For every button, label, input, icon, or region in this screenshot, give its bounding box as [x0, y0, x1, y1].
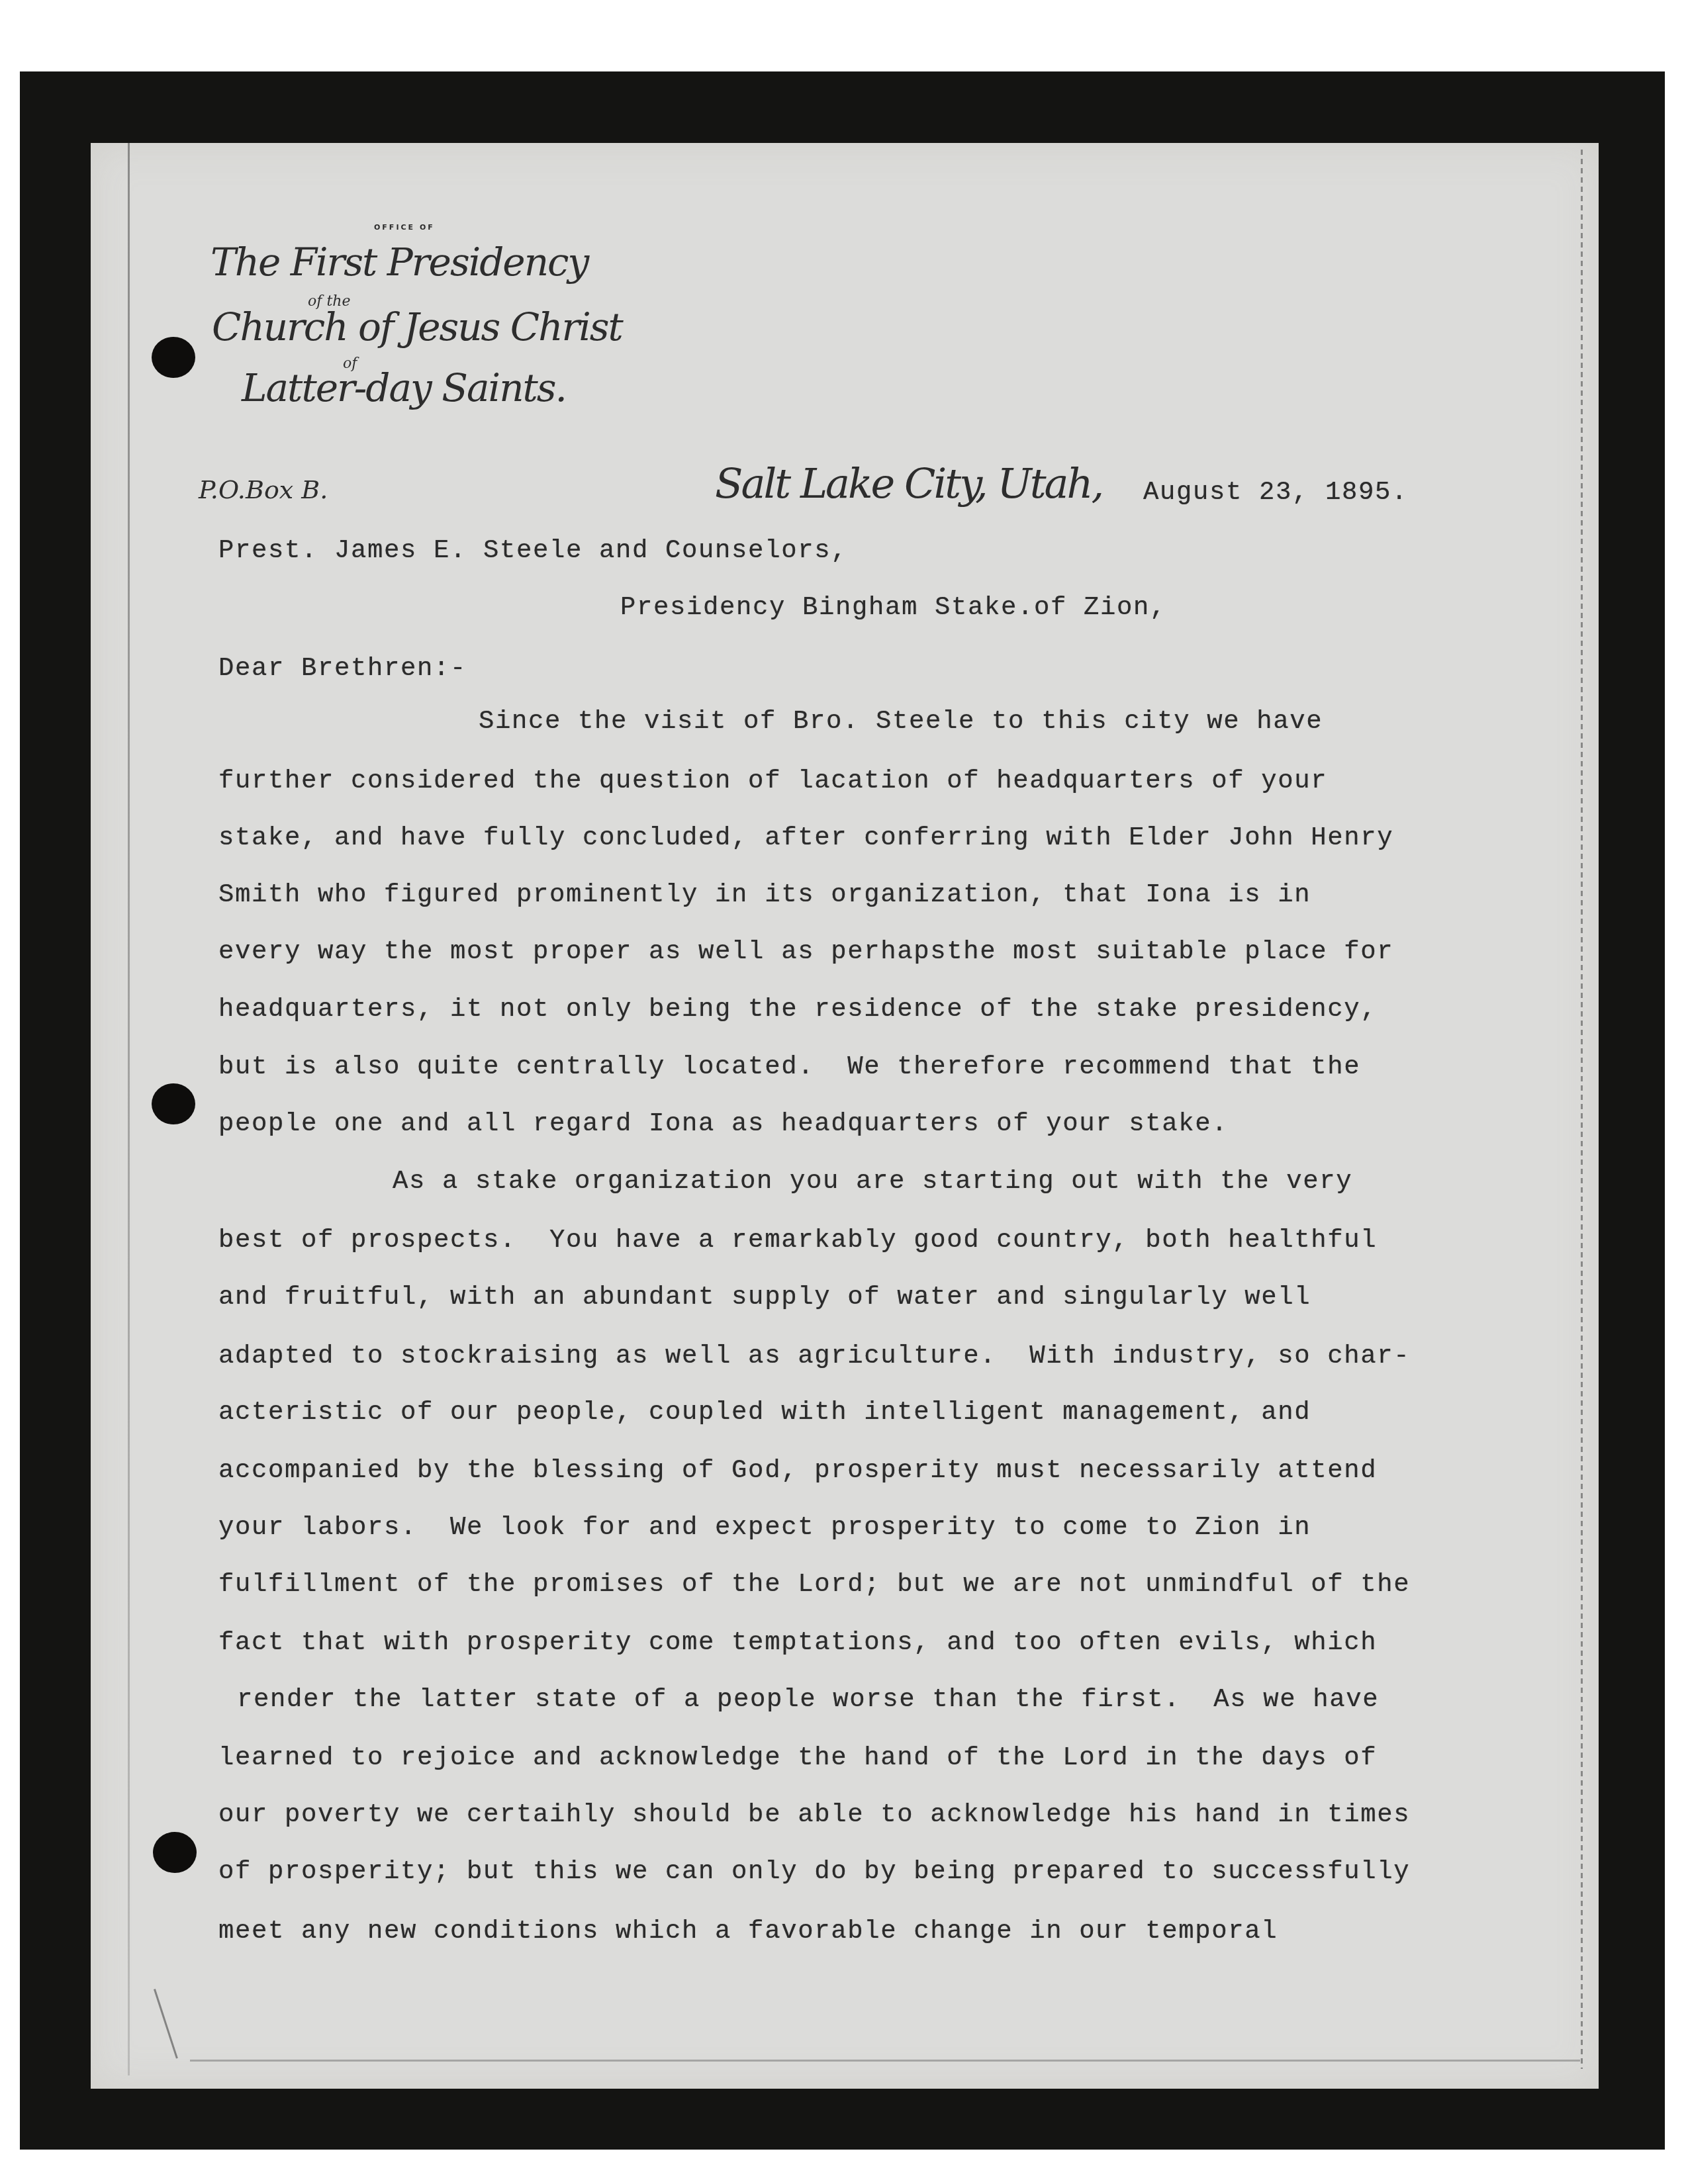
body-line: learned to rejoice and acknowledge the h…: [218, 1743, 1377, 1772]
body-line: and fruitful, with an abundant supply of…: [218, 1283, 1311, 1312]
salutation: Dear Brethren:-: [218, 654, 467, 683]
letterhead-latter-day-saints: Latter-day Saints.: [242, 365, 566, 410]
body-line: As a stake organization you are starting…: [393, 1167, 1352, 1196]
city: Salt Lake City, Utah,: [715, 459, 1102, 508]
body-line: but is also quite centrally located. We …: [218, 1052, 1360, 1081]
po-box: P.O.Box B.: [199, 475, 328, 504]
body-line: acteristic of our people, coupled with i…: [218, 1398, 1311, 1427]
body-line: stake, and have fully concluded, after c…: [218, 823, 1393, 852]
letterhead-church-name: Church of Jesus Christ: [212, 304, 622, 349]
body-line: further considered the question of lacat…: [218, 766, 1327, 796]
body-line: headquarters, it not only being the resi…: [218, 995, 1377, 1024]
recipient-line-1: Prest. James E. Steele and Counselors,: [218, 536, 847, 565]
body-line: fulfillment of the promises of the Lord;…: [218, 1570, 1410, 1599]
letter-date: August 23, 1895.: [1143, 478, 1408, 507]
body-line: meet any new conditions which a favorabl…: [218, 1917, 1278, 1946]
body-line: Smith who figured prominently in its org…: [218, 880, 1311, 909]
punch-hole-bottom: [153, 1832, 197, 1873]
body-line: fact that with prosperity come temptatio…: [218, 1628, 1377, 1657]
letterhead-office-of: OFFICE OF: [374, 223, 435, 232]
body-line: of prosperity; but this we can only do b…: [218, 1857, 1410, 1886]
fold-mark-diagonal: [154, 1989, 178, 2059]
punch-hole-middle: [152, 1083, 195, 1124]
body-line: adapted to stockraising as well as agric…: [218, 1342, 1410, 1371]
body-line: your labors. We look for and expect pros…: [218, 1513, 1311, 1542]
body-line: accompanied by the blessing of God, pros…: [218, 1456, 1377, 1485]
body-line: render the latter state of a people wors…: [237, 1685, 1379, 1714]
body-line: Since the visit of Bro. Steele to this c…: [479, 707, 1323, 736]
body-line: our poverty we certaihly should be able …: [218, 1800, 1410, 1829]
body-line: best of prospects. You have a remarkably…: [218, 1226, 1377, 1255]
fold-mark: [190, 2060, 1580, 2062]
body-line: every way the most proper as well as per…: [218, 937, 1393, 966]
recipient-line-2: Presidency Bingham Stake.of Zion,: [620, 593, 1166, 622]
body-line: people one and all regard Iona as headqu…: [218, 1109, 1228, 1138]
punch-hole-top: [152, 337, 195, 378]
letterhead-first-presidency: The First Presidency: [211, 240, 588, 285]
